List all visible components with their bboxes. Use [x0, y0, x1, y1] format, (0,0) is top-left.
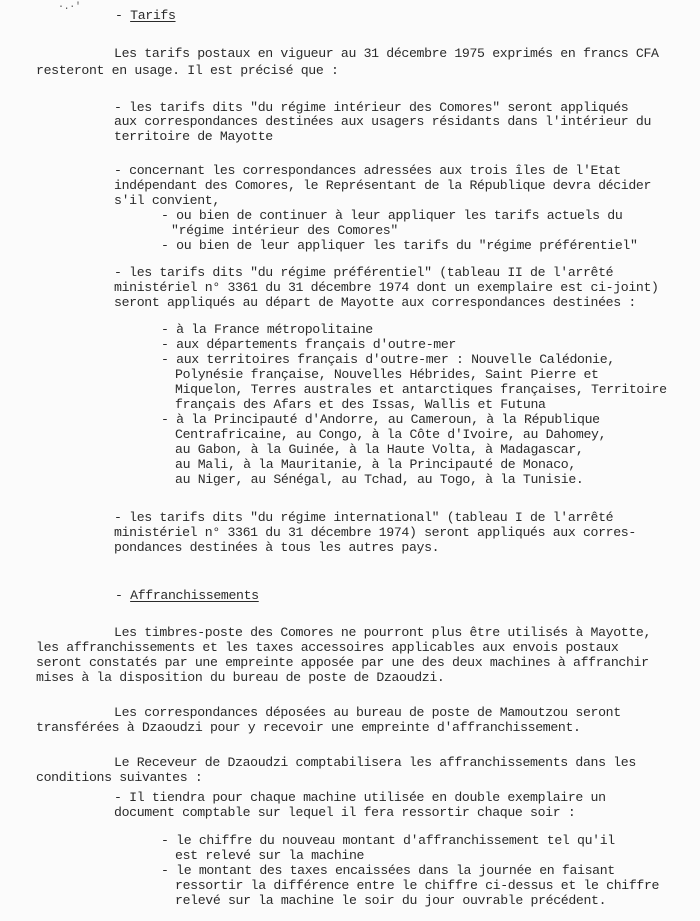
sub-item-line: Centrafricaine, au Congo, à la Côte d'Iv… — [175, 427, 606, 442]
list-item-line: aux correspondances destinées aux usager… — [114, 114, 651, 129]
list-item-line: territoire de Mayotte — [114, 129, 273, 144]
sub-item-line: au Gabon, à la Guinée, à la Haute Volta,… — [175, 442, 583, 457]
corner-mark: ·.·' — [58, 2, 81, 13]
list-item-line: s'il convient, — [114, 193, 220, 208]
paragraph-line: Le Receveur de Dzaoudzi comptabilisera l… — [114, 755, 636, 770]
list-item-line: - concernant les correspondances adressé… — [114, 163, 621, 178]
paragraph-line: resteront en usage. Il est précisé que : — [36, 63, 339, 78]
heading-dash: - — [115, 8, 130, 23]
list-item-line: - les tarifs dits "du régime intérieur d… — [114, 100, 628, 115]
sub-item-line: Polynésie française, Nouvelles Hébrides,… — [175, 367, 599, 382]
sub-item-line: - ou bien de continuer à leur appliquer … — [161, 208, 622, 223]
list-item-line: pondances destinées à tous les autres pa… — [114, 540, 439, 555]
list-item-line: seront appliqués au départ de Mayotte au… — [114, 295, 636, 310]
document-page: ·.·' - Tarifs Les tarifs postaux en vigu… — [0, 0, 700, 921]
list-item-line: - Il tiendra pour chaque machine utilisé… — [114, 790, 606, 805]
sub-item-line: au Niger, au Sénégal, au Tchad, au Togo,… — [175, 472, 583, 487]
sub-item-line: - aux territoires français d'outre-mer :… — [161, 352, 615, 367]
paragraph-line: Les correspondances déposées au bureau d… — [114, 705, 621, 720]
sub-item-line: ressortir la différence entre le chiffre… — [175, 878, 659, 893]
heading-text: Affranchissements — [130, 588, 259, 603]
heading-dash: - — [115, 588, 130, 603]
sub-item-line: - le montant des taxes encaissées dans l… — [161, 863, 615, 878]
list-item-line: ministériel n° 3361 du 31 décembre 1974 … — [114, 280, 659, 295]
sub-item-line: - ou bien de leur appliquer les tarifs d… — [161, 238, 638, 253]
list-item-line: - les tarifs dits "du régime préférentie… — [114, 265, 613, 280]
paragraph-line: les affranchissements et les taxes acces… — [36, 640, 618, 655]
sub-item-line: Miquelon, Terres australes et antarctiqu… — [175, 382, 667, 397]
sub-item-line: - aux départements français d'outre-mer — [161, 337, 456, 352]
paragraph-line: conditions suivantes : — [36, 770, 202, 785]
paragraph-line: Les tarifs postaux en vigueur au 31 déce… — [114, 46, 659, 61]
sub-item-line: "régime intérieur des Comores" — [171, 223, 398, 238]
paragraph-line: transférées à Dzaoudzi pour y recevoir u… — [36, 720, 581, 735]
paragraph-line: mises à la disposition du bureau de post… — [36, 670, 444, 685]
heading-text: Tarifs — [130, 8, 175, 23]
sub-item-line: français des Afars et des Issas, Wallis … — [175, 397, 546, 412]
list-item-line: indépendant des Comores, le Représentant… — [114, 178, 651, 193]
sub-item-line: - à la France métropolitaine — [161, 322, 373, 337]
sub-item-line: - le chiffre du nouveau montant d'affran… — [161, 833, 615, 848]
paragraph-line: seront constatés par une empreinte appos… — [36, 655, 649, 670]
paragraph-line: Les timbres-poste des Comores ne pourron… — [114, 625, 651, 640]
sub-item-line: au Mali, à la Mauritanie, à la Principau… — [175, 457, 576, 472]
sub-item-line: relevé sur la machine le soir du jour ou… — [175, 893, 606, 908]
list-item-line: - les tarifs dits "du régime internation… — [114, 510, 613, 525]
sub-item-line: est relevé sur la machine — [175, 848, 364, 863]
section-heading-tarifs: - Tarifs — [115, 8, 176, 23]
list-item-line: ministériel n° 3361 du 31 décembre 1974)… — [114, 525, 636, 540]
section-heading-affranchissements: - Affranchissements — [115, 588, 259, 603]
list-item-line: document comptable sur lequel il fera re… — [114, 805, 575, 820]
sub-item-line: - à la Principauté d'Andorre, au Camerou… — [161, 412, 600, 427]
